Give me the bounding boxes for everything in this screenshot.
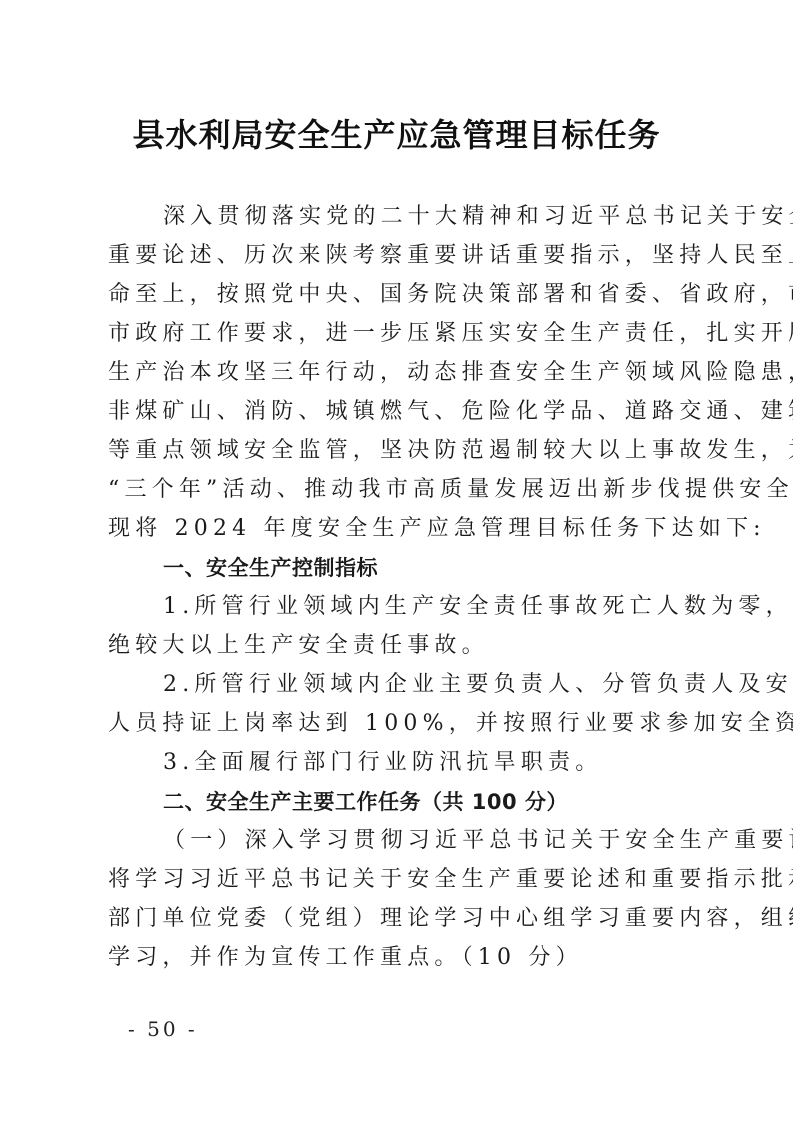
paragraph-line: 非煤矿山、消防、城镇燃气、危险化学品、道路交通、建筑施工 <box>108 398 712 426</box>
paragraph-line: 2.所管行业领域内企业主要负责人、分管负责人及安全管理 <box>163 671 712 699</box>
paragraph-line: 将学习习近平总书记关于安全生产重要论述和重要指示批示纳入 <box>108 866 712 894</box>
paragraph-line: 深入贯彻落实党的二十大精神和习近平总书记关于安全生产 <box>163 203 712 231</box>
paragraph-line: “三个年”活动、推动我市高质量发展迈出新步伐提供安全保障。 <box>108 476 712 504</box>
section-heading: 二、安全生产主要工作任务（共 100 分） <box>163 788 712 816</box>
paragraph-line: 部门单位党委（党组）理论学习中心组学习重要内容，组织开展 <box>108 905 712 933</box>
document-page: 县水利局安全生产应急管理目标任务 深入贯彻落实党的二十大精神和习近平总书记关于安… <box>0 0 793 1122</box>
paragraph-line: 人员持证上岗率达到 100%，并按照行业要求参加安全资格培训。 <box>108 710 712 738</box>
paragraph-line: 命至上，按照党中央、国务院决策部署和省委、省政府，市委、 <box>108 281 712 309</box>
paragraph-line: 现将 2024 年度安全生产应急管理目标任务下达如下: <box>108 515 712 543</box>
paragraph-line: 绝较大以上生产安全责任事故。 <box>108 632 712 660</box>
paragraph-line: 学习，并作为宣传工作重点。（10 分） <box>108 944 712 972</box>
paragraph-line: （一）深入学习贯彻习近平总书记关于安全生产重要论述。 <box>163 827 712 855</box>
paragraph-line: 重要论述、历次来陕考察重要讲话重要指示，坚持人民至上、生 <box>108 242 712 270</box>
paragraph-line: 等重点领域安全监管，坚决防范遏制较大以上事故发生，为深化 <box>108 437 712 465</box>
paragraph-line: 生产治本攻坚三年行动，动态排查安全生产领域风险隐患，强化 <box>108 359 712 387</box>
paragraph-line: 市政府工作要求，进一步压紧压实安全生产责任，扎实开展安全 <box>108 320 712 348</box>
page-number: - 50 - <box>128 1017 198 1041</box>
paragraph-line: 1.所管行业领域内生产安全责任事故死亡人数为零，坚决杜 <box>163 593 712 621</box>
paragraph-line: 3.全面履行部门行业防汛抗旱职责。 <box>163 749 712 777</box>
section-heading: 一、安全生产控制指标 <box>163 554 712 582</box>
document-title: 县水利局安全生产应急管理目标任务 <box>0 110 793 156</box>
